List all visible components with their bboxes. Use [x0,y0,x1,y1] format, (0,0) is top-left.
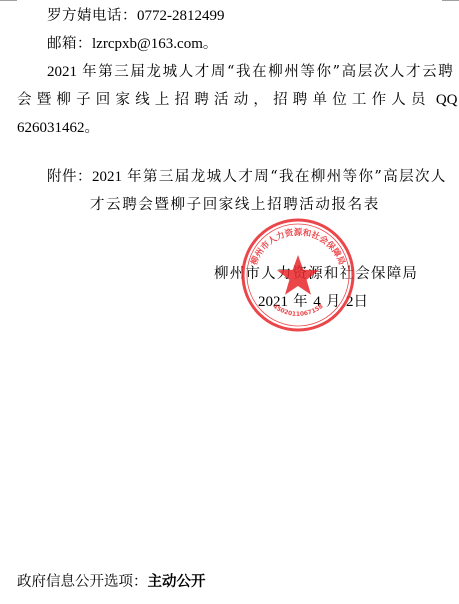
issuer-name: 柳州市人力资源和社会保障局 [214,266,418,282]
date-day-unit: 日 [353,294,368,310]
disclosure-label: 政府信息公开选项： [17,574,148,590]
attachment-label: 附件： [47,169,92,185]
attachment-year: 2021 [92,169,122,185]
issuer-line: 柳州市人力资源和社会保障局 [214,264,418,284]
notice-year: 2021 [47,64,77,80]
notice-line-3: 626031462。 [17,118,100,138]
notice-line-1: 2021 年第三届龙城人才周“我在柳州等你”高层次人才云聘 [47,62,454,82]
attachment-line-1-text[interactable]: 年第三届龙城人才周“我在柳州等你”高层次人 [127,169,447,185]
seal-top-text: 柳州市人力资源和社会保障局 [248,227,347,268]
date-year: 2021 [258,294,288,310]
page-corner-mark-right [442,0,459,1]
notice-line-2-text: 会暨柳子回家线上招聘活动，招聘单位工作人员 [17,92,431,108]
notice-line-2: 会暨柳子回家线上招聘活动，招聘单位工作人员 QQ 群号 [17,90,437,110]
qq-group-number: 626031462 [17,120,85,136]
phone-value: 0772-2812499 [137,8,225,24]
notice-line-1-text: 年第三届龙城人才周“我在柳州等你”高层次人才云聘 [82,64,454,80]
date-year-unit: 年 [293,294,308,310]
contact-phone-line: 罗方婧电话：0772-2812499 [47,6,225,26]
contact-email-line: 邮箱：lzrcpxb@163.com。 [47,34,218,54]
email-suffix: 。 [203,36,218,52]
email-label: 邮箱： [47,36,92,52]
attachment-line-2: 才云聘会暨柳子回家线上招聘活动报名表 [90,195,380,215]
attachment-line-1: 附件：2021 年第三届龙城人才周“我在柳州等你”高层次人 [47,167,447,187]
attachment-line-2-text[interactable]: 才云聘会暨柳子回家线上招聘活动报名表 [90,197,380,213]
date-month-unit: 月 [326,294,341,310]
phone-label: 罗方婧电话： [47,8,137,24]
date-line: 2021 年 4 月 2日 [258,292,368,312]
notice-qq: QQ [436,92,458,108]
disclosure-option: 政府信息公开选项：主动公开 [17,572,206,592]
disclosure-value: 主动公开 [148,574,206,590]
page-corner-mark-left [0,0,17,1]
email-value[interactable]: lzrcpxb@163.com [92,36,203,52]
notice-line-3-suffix: 。 [85,120,100,136]
date-month: 4 [313,294,321,310]
